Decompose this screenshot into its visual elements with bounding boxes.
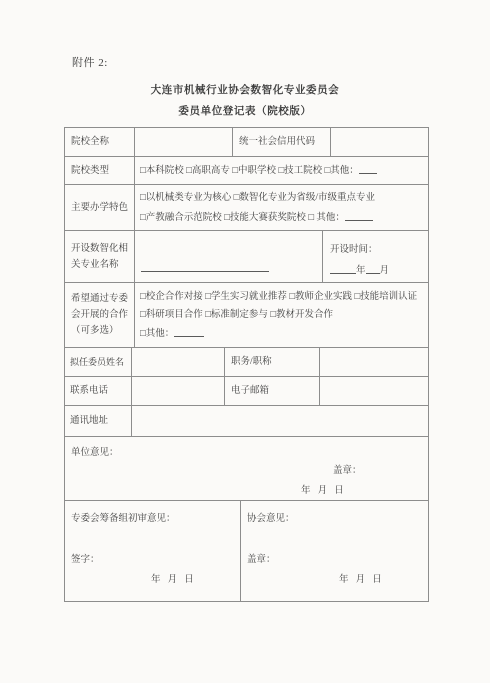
address-label: 通讯地址 bbox=[65, 406, 132, 436]
features-line2-text: □产教融合示范院校 □技能大赛获奖院校 □ 其他： bbox=[140, 213, 345, 223]
fill-in-blank bbox=[174, 327, 204, 337]
credit-code-label: 统一社会信用代码 bbox=[233, 128, 331, 156]
credit-code-value-cell bbox=[331, 128, 428, 156]
row-member-name: 拟任委员姓名 职务/职称 bbox=[65, 348, 428, 377]
association-seal-label: 盖章： bbox=[247, 551, 276, 565]
features-label: 主要办学特色 bbox=[65, 185, 135, 230]
open-time-blanks: 年月 bbox=[330, 261, 423, 282]
school-name-value-cell bbox=[135, 128, 233, 156]
unit-opinion-date: 年 月 日 bbox=[301, 482, 344, 496]
position-value-cell bbox=[320, 348, 428, 376]
registration-form-table: 院校全称 统一社会信用代码 院校类型 □本科院校 □高职高专 □中职学校 □技工… bbox=[64, 127, 429, 602]
row-majors: 开设数智化相关专业名称 开设时间： 年月 bbox=[65, 231, 428, 283]
unit-opinion-label: 单位意见： bbox=[71, 444, 119, 458]
majors-label: 开设数智化相关专业名称 bbox=[65, 231, 135, 282]
association-opinion-label: 协会意见： bbox=[247, 510, 295, 524]
attachment-label: 附件 2: bbox=[72, 54, 108, 70]
row-phone: 联系电话 电子邮箱 bbox=[65, 377, 428, 406]
school-type-options-cell: □本科院校 □高职高专 □中职学校 □技工院校 □其他： bbox=[135, 157, 428, 184]
row-school-name: 院校全称 统一社会信用代码 bbox=[65, 128, 428, 157]
school-name-label: 院校全称 bbox=[65, 128, 135, 156]
features-options-cell: □以机械类专业为核心 □数智化专业为省级/市级重点专业 □产教融合示范院校 □技… bbox=[135, 185, 428, 230]
member-name-value-cell bbox=[132, 348, 225, 376]
fill-in-blank bbox=[141, 271, 269, 272]
cooperation-options-cell: □校企合作对接 □学生实习就业推荐 □教师企业实践 □技能培训认证 □科研项目合… bbox=[135, 283, 428, 347]
cooperation-other: □其他： bbox=[140, 324, 423, 343]
member-name-label: 拟任委员姓名 bbox=[65, 348, 132, 376]
address-value-cell bbox=[132, 406, 428, 436]
fill-in-blank bbox=[330, 264, 356, 274]
document-title: 大连市机械行业协会数智化专业委员会 bbox=[0, 82, 490, 97]
row-address: 通讯地址 bbox=[65, 406, 428, 437]
row-cooperation: 希望通过专委会开展的合作（可多选） □校企合作对接 □学生实习就业推荐 □教师企… bbox=[65, 283, 428, 348]
review-sign-label: 签字： bbox=[71, 551, 100, 565]
fill-in-blank bbox=[366, 264, 380, 274]
cooperation-label: 希望通过专委会开展的合作（可多选） bbox=[65, 283, 135, 347]
row-features: 主要办学特色 □以机械类专业为核心 □数智化专业为省级/市级重点专业 □产教融合… bbox=[65, 185, 428, 231]
position-label: 职务/职称 bbox=[225, 348, 320, 376]
document-subtitle: 委员单位登记表（院校版） bbox=[0, 103, 490, 118]
majors-value-cell bbox=[135, 231, 323, 282]
month-char: 月 bbox=[380, 266, 390, 276]
school-type-label: 院校类型 bbox=[65, 157, 135, 184]
unit-opinion-seal: 盖章： bbox=[333, 462, 362, 476]
email-value-cell bbox=[320, 377, 428, 405]
document-page: 附件 2: 大连市机械行业协会数智化专业委员会 委员单位登记表（院校版） 院校全… bbox=[0, 0, 490, 683]
unit-opinion-cell: 单位意见： 盖章： 年 月 日 bbox=[65, 437, 428, 500]
school-type-options: □本科院校 □高职高专 □中职学校 □技工院校 □其他： bbox=[140, 161, 377, 181]
cooperation-other-text: □其他： bbox=[140, 329, 174, 339]
association-opinion-cell: 协会意见： 盖章： 年 月 日 bbox=[241, 501, 428, 601]
phone-value-cell bbox=[132, 377, 225, 405]
phone-label: 联系电话 bbox=[65, 377, 132, 405]
features-options-line1: □以机械类专业为核心 □数智化专业为省级/市级重点专业 bbox=[140, 188, 423, 208]
features-options-line2: □产教融合示范院校 □技能大赛获奖院校 □ 其他： bbox=[140, 208, 423, 228]
school-type-options-text: □本科院校 □高职高专 □中职学校 □技工院校 □其他： bbox=[140, 166, 359, 176]
open-time-label: 开设时间： bbox=[330, 240, 423, 261]
review-date: 年 月 日 bbox=[151, 571, 194, 585]
row-school-type: 院校类型 □本科院校 □高职高专 □中职学校 □技工院校 □其他： bbox=[65, 157, 428, 185]
cooperation-options: □校企合作对接 □学生实习就业推荐 □教师企业实践 □技能培训认证 □科研项目合… bbox=[140, 287, 423, 324]
row-unit-opinion: 单位意见： 盖章： 年 月 日 bbox=[65, 437, 428, 501]
fill-in-blank bbox=[345, 211, 373, 221]
year-char: 年 bbox=[356, 266, 366, 276]
majors-open-time-cell: 开设时间： 年月 bbox=[323, 231, 428, 282]
email-label: 电子邮箱 bbox=[225, 377, 320, 405]
association-date: 年 月 日 bbox=[339, 571, 382, 585]
row-review-opinions: 专委会筹备组初审意见： 签字： 年 月 日 协会意见： 盖章： 年 月 日 bbox=[65, 501, 428, 601]
review-opinion-cell: 专委会筹备组初审意见： 签字： 年 月 日 bbox=[65, 501, 241, 601]
review-opinion-label: 专委会筹备组初审意见： bbox=[71, 510, 176, 524]
fill-in-blank bbox=[359, 164, 377, 174]
